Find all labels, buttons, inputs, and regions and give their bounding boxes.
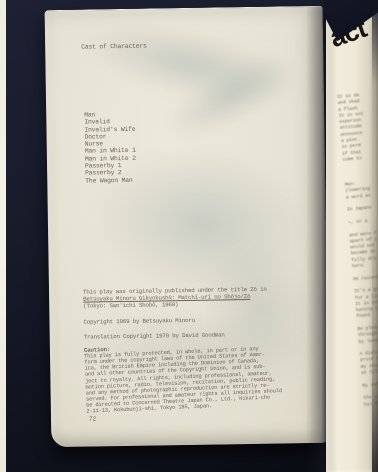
right-page: It is daand shada flashIt is notexperien…	[326, 0, 378, 472]
book-photo: Cast of Characters ManInvalidInvalid's W…	[0, 0, 378, 472]
caution-paragraph: This play is fully protected, in whole, …	[84, 345, 283, 415]
page-number: 72	[89, 415, 96, 422]
translation-copyright-line: Translation Copyright 1970 by David Good…	[84, 331, 225, 340]
publication-note-line: (Tokyo: San'ichi Shobō, 1969)	[83, 300, 267, 310]
cast-list: ManInvalidInvalid's WifeDoctorNurseMan i…	[84, 111, 136, 185]
photo-right-edge-shadow	[372, 0, 378, 472]
cast-item: Invalid's Wife	[84, 125, 135, 133]
publication-note: This play was originally published under…	[83, 286, 267, 310]
left-page: Cast of Characters ManInvalidInvalid's W…	[45, 6, 330, 447]
copyright-line: Copyright 1969 by Betsuyaku Minoru	[83, 317, 195, 326]
cast-of-characters-heading: Cast of Characters	[81, 43, 147, 51]
showthrough-ghost	[71, 4, 311, 124]
showthrough-ghost	[152, 35, 310, 156]
cast-item: The Wagon Man	[85, 176, 136, 184]
photo-left-edge	[0, 0, 6, 472]
